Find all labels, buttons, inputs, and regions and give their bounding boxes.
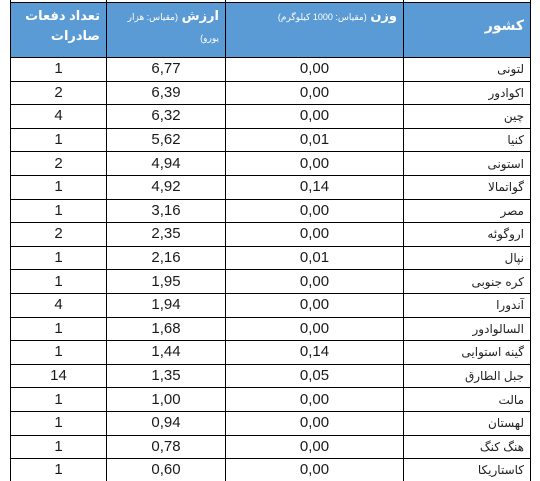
- table-row: اروگوئه0,002,352: [11, 223, 531, 247]
- export-table: کشور وزن (مقیاس: 1000 کیلوگرم) ارزش (مقی…: [10, 0, 531, 481]
- country-cell: اکوادور: [404, 81, 531, 105]
- count-cell: 1: [11, 459, 107, 481]
- count-cell: 4: [11, 293, 107, 317]
- count-cell: 1: [11, 175, 107, 199]
- header-value: ارزش (مقیاس: هزار یورو): [107, 3, 226, 58]
- value-cell: 5,62: [107, 128, 226, 152]
- table-row: استونی0,004,942: [11, 152, 531, 176]
- country-cell: گینه استوایی: [404, 341, 531, 365]
- count-cell: 1: [11, 246, 107, 270]
- header-country: کشور: [404, 3, 531, 58]
- value-cell: 1,00: [107, 388, 226, 412]
- weight-cell: 0,00: [226, 81, 404, 105]
- country-cell: کنیا: [404, 128, 531, 152]
- header-count: تعداد دفعات صادرات: [11, 3, 107, 58]
- country-cell: چین: [404, 105, 531, 129]
- value-cell: 6,77: [107, 58, 226, 82]
- table-row: چین0,006,324: [11, 105, 531, 129]
- weight-cell: 0,00: [226, 317, 404, 341]
- table-row: نپال0,012,161: [11, 246, 531, 270]
- weight-cell: 0,14: [226, 341, 404, 365]
- weight-cell: 0,00: [226, 152, 404, 176]
- country-cell: کره جنوبی: [404, 270, 531, 294]
- weight-cell: 0,00: [226, 58, 404, 82]
- table-row: کنیا0,015,621: [11, 128, 531, 152]
- weight-cell: 0,05: [226, 364, 404, 388]
- country-cell: استونی: [404, 152, 531, 176]
- value-cell: 0,78: [107, 435, 226, 459]
- count-cell: 1: [11, 435, 107, 459]
- table-row: لهستان0,000,941: [11, 411, 531, 435]
- weight-cell: 0,00: [226, 223, 404, 247]
- count-cell: 14: [11, 364, 107, 388]
- count-cell: 4: [11, 105, 107, 129]
- value-cell: 4,94: [107, 152, 226, 176]
- country-cell: لهستان: [404, 411, 531, 435]
- value-cell: 3,16: [107, 199, 226, 223]
- table-row: اکوادور0,006,392: [11, 81, 531, 105]
- count-cell: 1: [11, 270, 107, 294]
- count-cell: 1: [11, 411, 107, 435]
- country-cell: نپال: [404, 246, 531, 270]
- table-row: آندورا0,001,944: [11, 293, 531, 317]
- table-row: گواتمالا0,144,921: [11, 175, 531, 199]
- value-cell: 1,35: [107, 364, 226, 388]
- table-row: هنگ کنگ0,000,781: [11, 435, 531, 459]
- weight-cell: 0,01: [226, 128, 404, 152]
- table-row: جبل الطارق0,051,3514: [11, 364, 531, 388]
- weight-cell: 0,00: [226, 270, 404, 294]
- weight-cell: 0,00: [226, 388, 404, 412]
- country-cell: گواتمالا: [404, 175, 531, 199]
- country-cell: اروگوئه: [404, 223, 531, 247]
- value-cell: 1,44: [107, 341, 226, 365]
- header-value-label: ارزش: [182, 8, 219, 23]
- count-cell: 2: [11, 152, 107, 176]
- header-row: کشور وزن (مقیاس: 1000 کیلوگرم) ارزش (مقی…: [11, 3, 531, 58]
- value-cell: 1,68: [107, 317, 226, 341]
- count-cell: 2: [11, 81, 107, 105]
- weight-cell: 0,00: [226, 435, 404, 459]
- header-weight-label: وزن: [370, 8, 397, 23]
- count-cell: 2: [11, 223, 107, 247]
- country-cell: کاستاریکا: [404, 459, 531, 481]
- value-cell: 1,94: [107, 293, 226, 317]
- table-row: مصر0,003,161: [11, 199, 531, 223]
- count-cell: 1: [11, 199, 107, 223]
- country-cell: آندورا: [404, 293, 531, 317]
- weight-cell: 0,00: [226, 199, 404, 223]
- table-row: مالت0,001,001: [11, 388, 531, 412]
- country-cell: مالت: [404, 388, 531, 412]
- table-header: کشور وزن (مقیاس: 1000 کیلوگرم) ارزش (مقی…: [11, 0, 531, 58]
- value-cell: 4,92: [107, 175, 226, 199]
- country-cell: لتونی: [404, 58, 531, 82]
- header-weight: وزن (مقیاس: 1000 کیلوگرم): [226, 3, 404, 58]
- country-cell: هنگ کنگ: [404, 435, 531, 459]
- country-cell: السالوادور: [404, 317, 531, 341]
- weight-cell: 0,00: [226, 293, 404, 317]
- count-cell: 1: [11, 341, 107, 365]
- weight-cell: 0,00: [226, 411, 404, 435]
- table-body: لتونی0,006,771اکوادور0,006,392چین0,006,3…: [11, 58, 531, 481]
- weight-cell: 0,14: [226, 175, 404, 199]
- table-row: گینه استوایی0,141,441: [11, 341, 531, 365]
- count-cell: 1: [11, 317, 107, 341]
- value-cell: 0,94: [107, 411, 226, 435]
- value-cell: 1,95: [107, 270, 226, 294]
- weight-cell: 0,00: [226, 105, 404, 129]
- header-weight-scale: (مقیاس: 1000 کیلوگرم): [278, 12, 367, 22]
- value-cell: 6,39: [107, 81, 226, 105]
- count-cell: 1: [11, 58, 107, 82]
- country-cell: جبل الطارق: [404, 364, 531, 388]
- value-cell: 2,35: [107, 223, 226, 247]
- count-cell: 1: [11, 128, 107, 152]
- table-row: کره جنوبی0,001,951: [11, 270, 531, 294]
- weight-cell: 0,01: [226, 246, 404, 270]
- table-row: کاستاریکا0,000,601: [11, 459, 531, 481]
- table-row: السالوادور0,001,681: [11, 317, 531, 341]
- export-table-container: کشور وزن (مقیاس: 1000 کیلوگرم) ارزش (مقی…: [10, 0, 531, 481]
- country-cell: مصر: [404, 199, 531, 223]
- value-cell: 0,60: [107, 459, 226, 481]
- value-cell: 2,16: [107, 246, 226, 270]
- count-cell: 1: [11, 388, 107, 412]
- table-row: لتونی0,006,771: [11, 58, 531, 82]
- weight-cell: 0,00: [226, 459, 404, 481]
- value-cell: 6,32: [107, 105, 226, 129]
